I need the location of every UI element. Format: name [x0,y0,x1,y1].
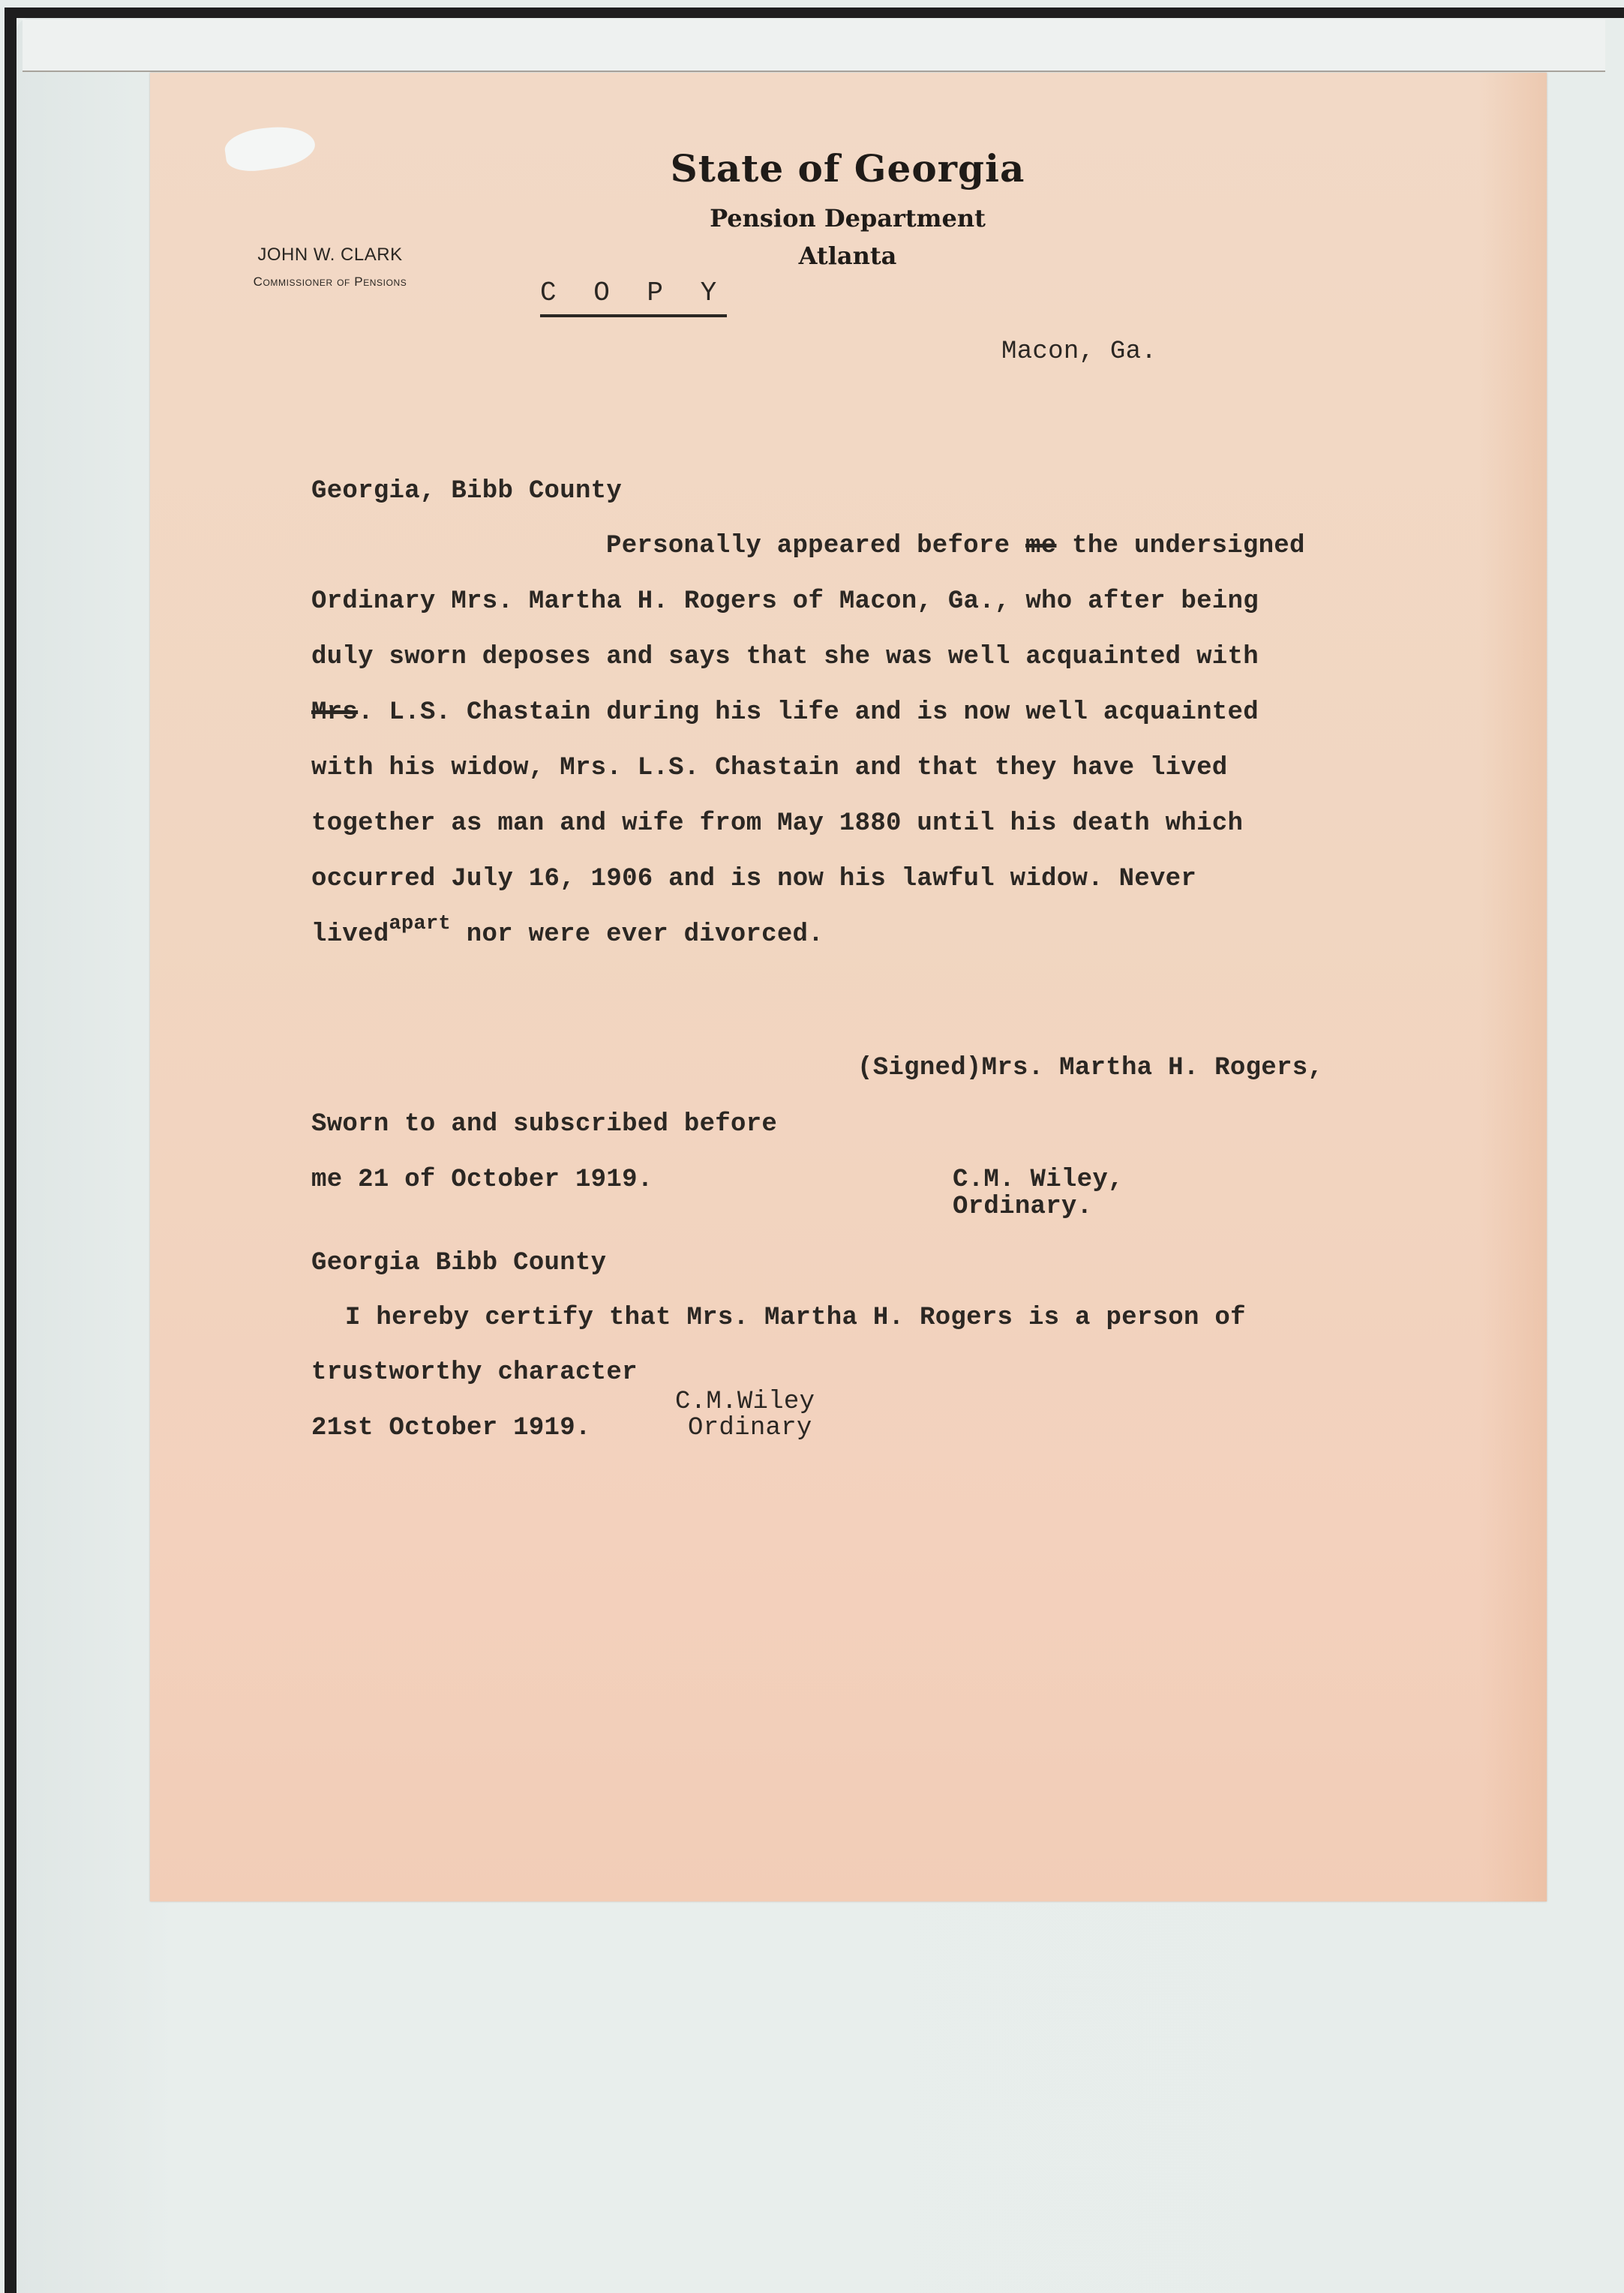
affidavit-line-7: occurred July 16, 1906 and is now his la… [311,865,1196,893]
jurat-official-name: C.M. Wiley, [953,1166,1124,1194]
state-title: State of Georgia [660,146,1035,191]
certificate-line-2: trustworthy character [311,1358,638,1387]
document-page [150,73,1547,1901]
city-title: Atlanta [660,242,1035,270]
letterhead-state: State of Georgia Pension Department Atla… [660,146,1035,270]
affidavit-line-1: Personally appeared before me the unders… [606,532,1305,560]
affiant-signature: (Signed)Mrs. Martha H. Rogers, [857,1054,1323,1082]
place-line: Macon, Ga. [1001,338,1157,366]
jurat-line-1: Sworn to and subscribed before [311,1110,777,1139]
commissioner-title: Commissioner of Pensions [218,275,443,290]
scan-border-top [5,8,1624,18]
commissioner-name: JOHN W. CLARK [218,245,443,266]
affidavit-line-6: together as man and wife from May 1880 u… [311,809,1243,838]
affidavit-county-heading: Georgia, Bibb County [311,477,622,506]
jurat-official-title: Ordinary. [953,1193,1092,1221]
jurat-line-2: me 21 of October 1919. [311,1166,653,1194]
certificate-official-title: Ordinary [688,1414,812,1442]
certificate-official-name: C.M.Wiley [675,1388,815,1416]
letterhead-commissioner: JOHN W. CLARK Commissioner of Pensions [218,245,443,290]
affidavit-line-4: Mrs. L.S. Chastain during his life and i… [311,698,1259,727]
affidavit-line-5: with his widow, Mrs. L.S. Chastain and t… [311,754,1228,782]
copy-stamp: C O P Y [540,278,727,317]
affidavit-line-8: livedapart nor were ever divorced. [311,920,824,949]
certificate-date: 21st October 1919. [311,1414,591,1442]
struck-text: Mrs [311,698,358,727]
struck-text: me [1025,532,1056,560]
scan-top-strip [23,20,1605,72]
affidavit-line-2: Ordinary Mrs. Martha H. Rogers of Macon,… [311,587,1259,616]
department-title: Pension Department [660,204,1035,233]
inserted-word: apart [389,913,452,935]
certificate-county-heading: Georgia Bibb County [311,1249,606,1277]
affidavit-line-3: duly sworn deposes and says that she was… [311,643,1259,671]
certificate-line-1: I hereby certify that Mrs. Martha H. Rog… [345,1304,1246,1332]
scan-border-left [5,8,17,2293]
